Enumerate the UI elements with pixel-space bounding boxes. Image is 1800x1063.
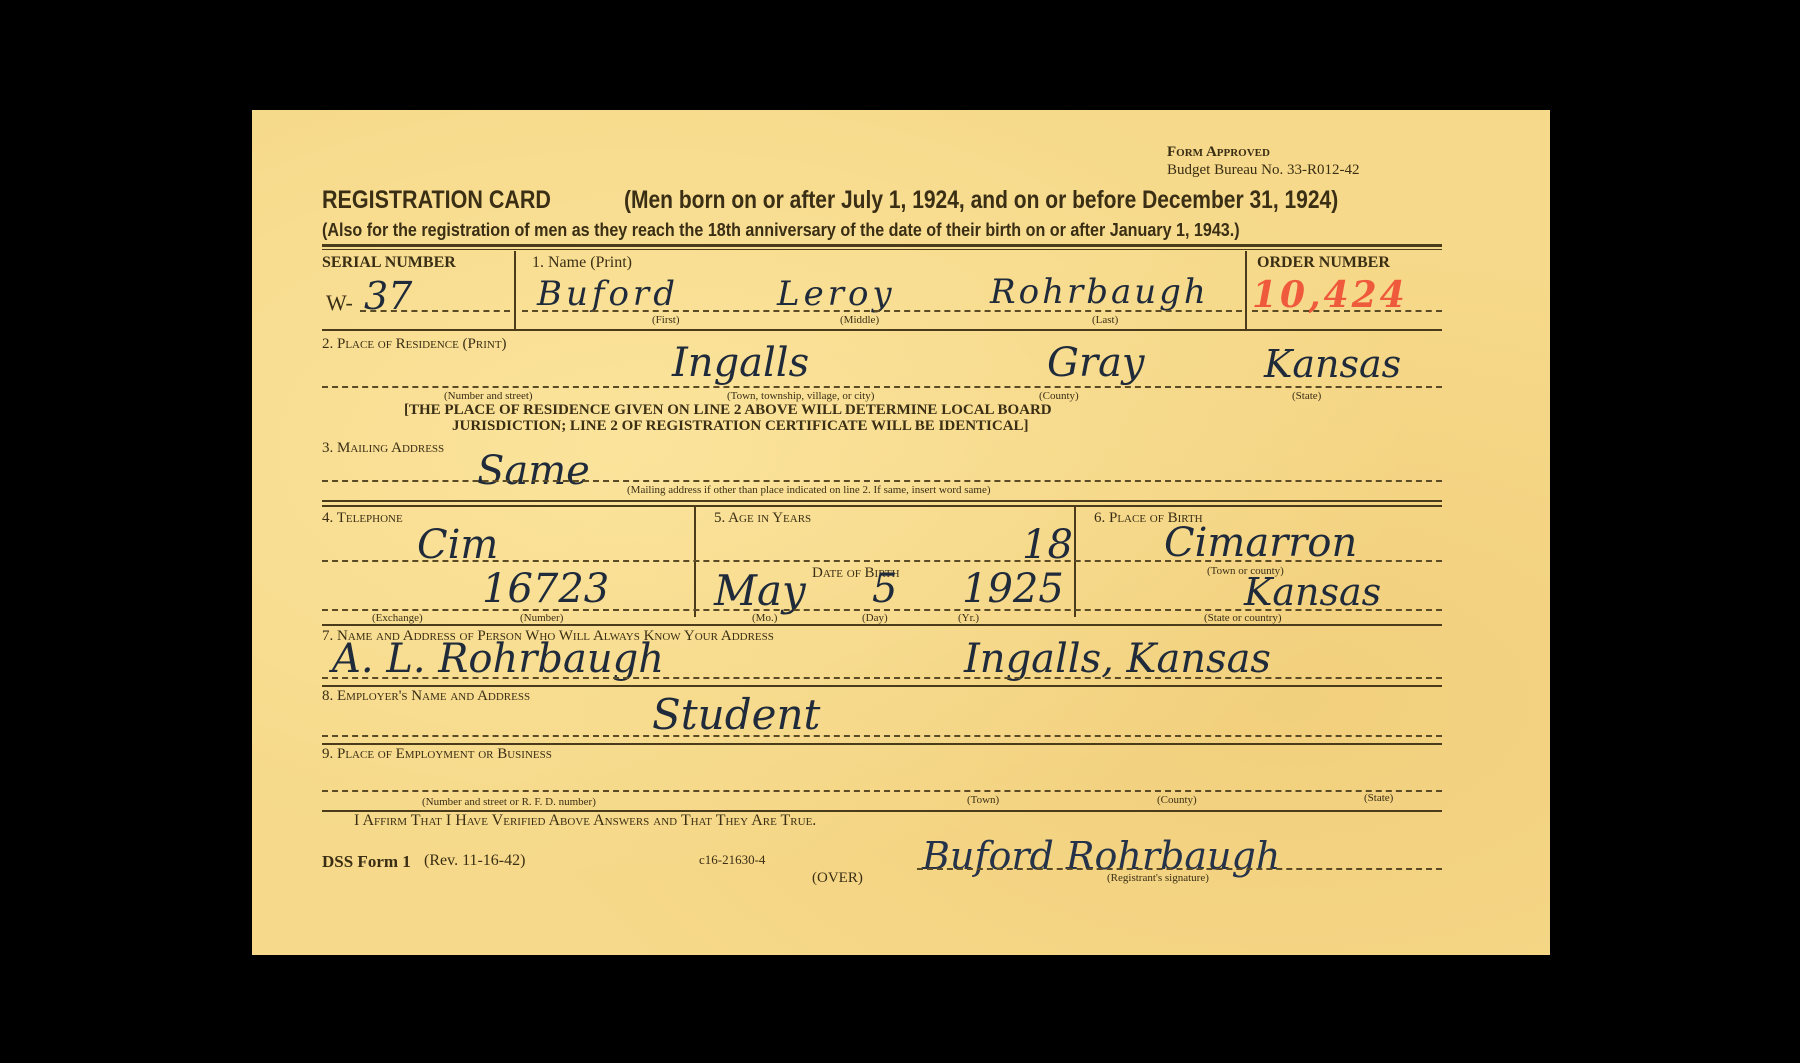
fill-line [322, 609, 1442, 611]
employment-town-caption: (Town) [967, 794, 999, 806]
first-name-value: Buford [537, 274, 679, 314]
signature-line [917, 868, 1442, 870]
employment-street-caption: (Number and street or R. F. D. number) [422, 796, 596, 808]
form-approved: Form Approved [1167, 144, 1270, 161]
residence-label: 2. Place of Residence (Print) [322, 336, 507, 353]
telephone-number-value: 16723 [482, 566, 609, 612]
age-label: 5. Age in Years [714, 510, 811, 527]
registration-card: Form Approved Budget Bureau No. 33-R012-… [252, 110, 1550, 955]
form-id: DSS Form 1 [322, 852, 411, 872]
dob-day-value: 5 [872, 566, 897, 612]
mailing-label: 3. Mailing Address [322, 440, 444, 457]
divider [514, 251, 516, 329]
print-code: c16-21630-4 [699, 852, 765, 868]
rule [322, 249, 1442, 250]
middle-caption: (Middle) [840, 314, 879, 326]
fill-line [360, 310, 510, 312]
fill-line [322, 480, 1442, 482]
residence-town-value: Ingalls [672, 340, 809, 386]
employer-label: 8. Employer's Name and Address [322, 688, 530, 705]
signature-caption: (Registrant's signature) [1107, 872, 1209, 884]
number-caption: (Number) [520, 612, 563, 624]
card-title: REGISTRATION CARD [322, 186, 551, 215]
divider [1245, 251, 1247, 329]
serial-number-label: SERIAL NUMBER [322, 254, 456, 272]
residence-state-value: Kansas [1264, 342, 1401, 386]
contact-address-value: Ingalls, Kansas [964, 636, 1271, 682]
rule [322, 329, 1442, 331]
birth-state-value: Kansas [1244, 570, 1381, 614]
over-notice: (OVER) [812, 870, 863, 887]
divider [1074, 507, 1076, 617]
fill-line [1252, 310, 1442, 312]
employment-county-caption: (County) [1157, 794, 1197, 806]
birth-state-caption: (State or country) [1204, 612, 1282, 624]
street-caption: (Number and street) [444, 390, 533, 402]
residence-county-value: Gray [1047, 340, 1145, 386]
jurisdiction-notice-1: [THE PLACE OF RESIDENCE GIVEN ON LINE 2 … [404, 402, 1052, 419]
rule [322, 500, 1442, 502]
rule [322, 505, 1442, 507]
divider [694, 507, 696, 617]
form-revision: (Rev. 11-16-42) [424, 852, 525, 870]
fill-line [322, 386, 1442, 388]
middle-name-value: Leroy [777, 274, 896, 314]
state-caption: (State) [1292, 390, 1321, 402]
contact-name-value: A. L. Rohrbaugh [332, 636, 664, 682]
fill-line [322, 560, 1442, 562]
employment-state-caption: (State) [1364, 792, 1393, 804]
rule [322, 743, 1442, 745]
order-number-label: ORDER NUMBER [1257, 254, 1390, 272]
employment-label: 9. Place of Employment or Business [322, 746, 552, 763]
fill-line [322, 790, 1442, 792]
last-caption: (Last) [1092, 314, 1118, 326]
telephone-label: 4. Telephone [322, 510, 403, 527]
rule [322, 244, 1442, 247]
registrant-signature: Buford Rohrbaugh [922, 834, 1280, 878]
budget-bureau-number: Budget Bureau No. 33-R012-42 [1167, 162, 1359, 179]
town-caption: (Town, township, village, or city) [727, 390, 874, 402]
card-subtitle: (Men born on or after July 1, 1924, and … [624, 186, 1338, 215]
first-caption: (First) [652, 314, 680, 326]
mailing-caption: (Mailing address if other than place ind… [627, 484, 991, 496]
rule [322, 685, 1442, 687]
fill-line [322, 677, 1442, 679]
year-caption: (Yr.) [958, 612, 979, 624]
county-caption: (County) [1039, 390, 1079, 402]
serial-prefix: W- [326, 290, 353, 316]
jurisdiction-notice-2: JURISDICTION; LINE 2 OF REGISTRATION CER… [452, 418, 1029, 435]
dob-month-value: May [714, 566, 806, 615]
fill-line [322, 735, 1442, 737]
last-name-value: Rohrbaugh [990, 272, 1209, 312]
month-caption: (Mo.) [752, 612, 777, 624]
card-subtitle-2: (Also for the registration of men as the… [322, 220, 1240, 241]
affirmation-text: I Affirm That I Have Verified Above Answ… [354, 812, 816, 830]
mailing-value: Same [477, 448, 590, 494]
rule [322, 624, 1442, 626]
dob-year-value: 1925 [962, 566, 1064, 612]
day-caption: (Day) [862, 612, 888, 624]
employer-value: Student [652, 690, 820, 739]
exchange-caption: (Exchange) [372, 612, 423, 624]
name-label: 1. Name (Print) [532, 254, 632, 272]
fill-line [522, 310, 1242, 312]
